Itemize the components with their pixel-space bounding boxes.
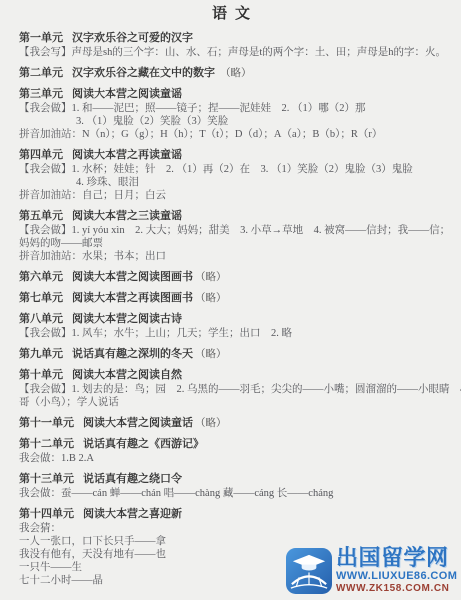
- unit-heading: 第三单元阅读大本营之阅读童谣: [19, 87, 443, 101]
- unit-title: 阅读大本营之阅读图画书: [72, 271, 193, 283]
- unit-section-5: 第五单元阅读大本营之三读童谣 【我会做】1. yí yóu xìn 2. 大大；…: [19, 209, 443, 263]
- answer-line: 我会做：1.B 2.A: [19, 452, 443, 465]
- unit-section-6: 第六单元阅读大本营之阅读图画书（略）: [19, 270, 443, 284]
- pinyin-station-line: 拼音加油站：自己；日月；白云: [19, 189, 443, 202]
- answer-line: 【我会做】1. 水杯；娃娃；针 2. （1）再（2）在 3. （1）笑脸（2）鬼…: [19, 163, 443, 176]
- page-title: 语文: [19, 4, 443, 24]
- pinyin-station-line: 拼音加油站：水果；书本；出口: [19, 250, 443, 263]
- site-url-primary: WWW.LIUXUE86.COM: [336, 570, 457, 583]
- unit-section-8: 第八单元阅读大本营之阅读古诗 【我会做】1. 风车；水牛；上山；几天；学生；出口…: [19, 312, 443, 340]
- answer-line: 我会猜：: [19, 522, 443, 535]
- unit-number: 第十单元: [19, 369, 63, 381]
- answer-line: 妈妈的吻——邮票: [19, 237, 443, 250]
- unit-heading: 第八单元阅读大本营之阅读古诗: [19, 312, 443, 326]
- unit-title: 阅读大本营之再读童谣: [72, 149, 182, 161]
- unit-number: 第八单元: [19, 313, 63, 325]
- unit-number: 第七单元: [19, 292, 63, 304]
- unit-heading: 第九单元说话真有趣之深圳的冬天（略）: [19, 347, 443, 361]
- answer-line: 我会做：蚕——cán 蝉——chán 唱——chàng 藏——cáng 长——c…: [19, 487, 443, 500]
- answer-sheet-page: 语文 第一单元汉字欢乐谷之可爱的汉字 【我会写】声母是sh的三个字：山、水、石；…: [0, 0, 461, 587]
- unit-section-11: 第十一单元阅读大本营之阅读童话（略）: [19, 416, 443, 430]
- unit-number: 第十四单元: [19, 508, 74, 520]
- unit-number: 第六单元: [19, 271, 63, 283]
- unit-title: 阅读大本营之阅读童谣: [72, 88, 182, 100]
- unit-note: （略）: [195, 292, 227, 304]
- unit-section-9: 第九单元说话真有趣之深圳的冬天（略）: [19, 347, 443, 361]
- unit-number: 第三单元: [19, 88, 63, 100]
- unit-heading: 第六单元阅读大本营之阅读图画书（略）: [19, 270, 443, 284]
- unit-number: 第九单元: [19, 348, 63, 360]
- answer-line: 4. 珍珠、眼泪: [19, 176, 443, 189]
- unit-section-10: 第十单元阅读大本营之阅读自然 【我会做】1. 划去的是：鸟；园 2. 乌黑的——…: [19, 368, 443, 409]
- answer-line: 【我会做】1. yí yóu xìn 2. 大大；妈妈；甜美 3. 小草→草地 …: [19, 224, 443, 237]
- unit-section-1: 第一单元汉字欢乐谷之可爱的汉字 【我会写】声母是sh的三个字：山、水、石；声母是…: [19, 31, 443, 59]
- unit-title: 说话真有趣之深圳的冬天: [72, 348, 193, 360]
- unit-title: 汉字欢乐谷之可爱的汉字: [72, 32, 193, 44]
- site-name: 出国留学网: [336, 545, 457, 570]
- unit-note: （略）: [195, 348, 227, 360]
- answer-line: 【我会写】声母是sh的三个字：山、水、石；声母是t的两个字：土、田；声母是h的字…: [19, 46, 443, 59]
- unit-heading: 第二单元汉字欢乐谷之藏在文中的数字 （略）: [19, 66, 443, 80]
- site-watermark: 出国留学网 WWW.LIUXUE86.COM WWW.ZK158.COM.CN: [286, 545, 460, 600]
- unit-number: 第十一单元: [19, 417, 74, 429]
- site-logo-text: 出国留学网 WWW.LIUXUE86.COM WWW.ZK158.COM.CN: [336, 545, 457, 595]
- unit-title: 汉字欢乐谷之藏在文中的数字: [72, 67, 215, 79]
- unit-section-12: 第十二单元说话真有趣之《西游记》 我会做：1.B 2.A: [19, 437, 443, 465]
- unit-heading: 第一单元汉字欢乐谷之可爱的汉字: [19, 31, 443, 45]
- unit-heading: 第七单元阅读大本营之再读图画书（略）: [19, 291, 443, 305]
- unit-note: （略）: [195, 271, 227, 283]
- answer-line: 【我会做】1. 风车；水牛；上山；几天；学生；出口 2. 略: [19, 327, 443, 340]
- unit-heading: 第十二单元说话真有趣之《西游记》: [19, 437, 443, 451]
- unit-note: （略）: [220, 67, 252, 79]
- unit-title: 阅读大本营之三读童谣: [72, 210, 182, 222]
- unit-note: （略）: [195, 417, 227, 429]
- unit-title: 阅读大本营之阅读童话: [83, 417, 193, 429]
- unit-title: 说话真有趣之绕口令: [83, 473, 182, 485]
- unit-heading: 第五单元阅读大本营之三读童谣: [19, 209, 443, 223]
- unit-section-3: 第三单元阅读大本营之阅读童谣 【我会做】1. 和——泥巴；照——镜子；捏——泥娃…: [19, 87, 443, 141]
- answer-line: 哥（小鸟）；学人说话: [19, 396, 443, 409]
- graduation-cap-bridge-icon: [286, 548, 332, 594]
- unit-title: 阅读大本营之再读图画书: [72, 292, 193, 304]
- unit-number: 第五单元: [19, 210, 63, 222]
- unit-title: 阅读大本营之喜迎新: [83, 508, 182, 520]
- answer-line: 3. （1）鬼脸（2）笑脸（3）笑脸: [19, 115, 443, 128]
- pinyin-station-line: 拼音加油站：N（n）；G（g）；H（h）；T（t）；D（d）；A（a）；B（b）…: [19, 128, 443, 141]
- unit-number: 第四单元: [19, 149, 63, 161]
- unit-title: 阅读大本营之阅读自然: [72, 369, 182, 381]
- unit-number: 第一单元: [19, 32, 63, 44]
- answer-line: 【我会做】1. 和——泥巴；照——镜子；捏——泥娃娃 2. （1）哪（2）那: [19, 102, 443, 115]
- answer-line: 【我会做】1. 划去的是：鸟；园 2. 乌黑的——羽毛；尖尖的——小嘴；圆溜溜的…: [19, 383, 443, 396]
- unit-number: 第十三单元: [19, 473, 74, 485]
- site-url-secondary: WWW.ZK158.COM.CN: [336, 583, 457, 595]
- unit-section-4: 第四单元阅读大本营之再读童谣 【我会做】1. 水杯；娃娃；针 2. （1）再（2…: [19, 148, 443, 202]
- unit-heading: 第十四单元阅读大本营之喜迎新: [19, 507, 443, 521]
- unit-section-13: 第十三单元说话真有趣之绕口令 我会做：蚕——cán 蝉——chán 唱——chà…: [19, 472, 443, 500]
- unit-heading: 第十一单元阅读大本营之阅读童话（略）: [19, 416, 443, 430]
- unit-title: 阅读大本营之阅读古诗: [72, 313, 182, 325]
- unit-section-2: 第二单元汉字欢乐谷之藏在文中的数字 （略）: [19, 66, 443, 80]
- unit-section-7: 第七单元阅读大本营之再读图画书（略）: [19, 291, 443, 305]
- unit-number: 第十二单元: [19, 438, 74, 450]
- unit-number: 第二单元: [19, 67, 63, 79]
- unit-heading: 第十三单元说话真有趣之绕口令: [19, 472, 443, 486]
- unit-heading: 第四单元阅读大本营之再读童谣: [19, 148, 443, 162]
- unit-heading: 第十单元阅读大本营之阅读自然: [19, 368, 443, 382]
- unit-title: 说话真有趣之《西游记》: [83, 438, 204, 450]
